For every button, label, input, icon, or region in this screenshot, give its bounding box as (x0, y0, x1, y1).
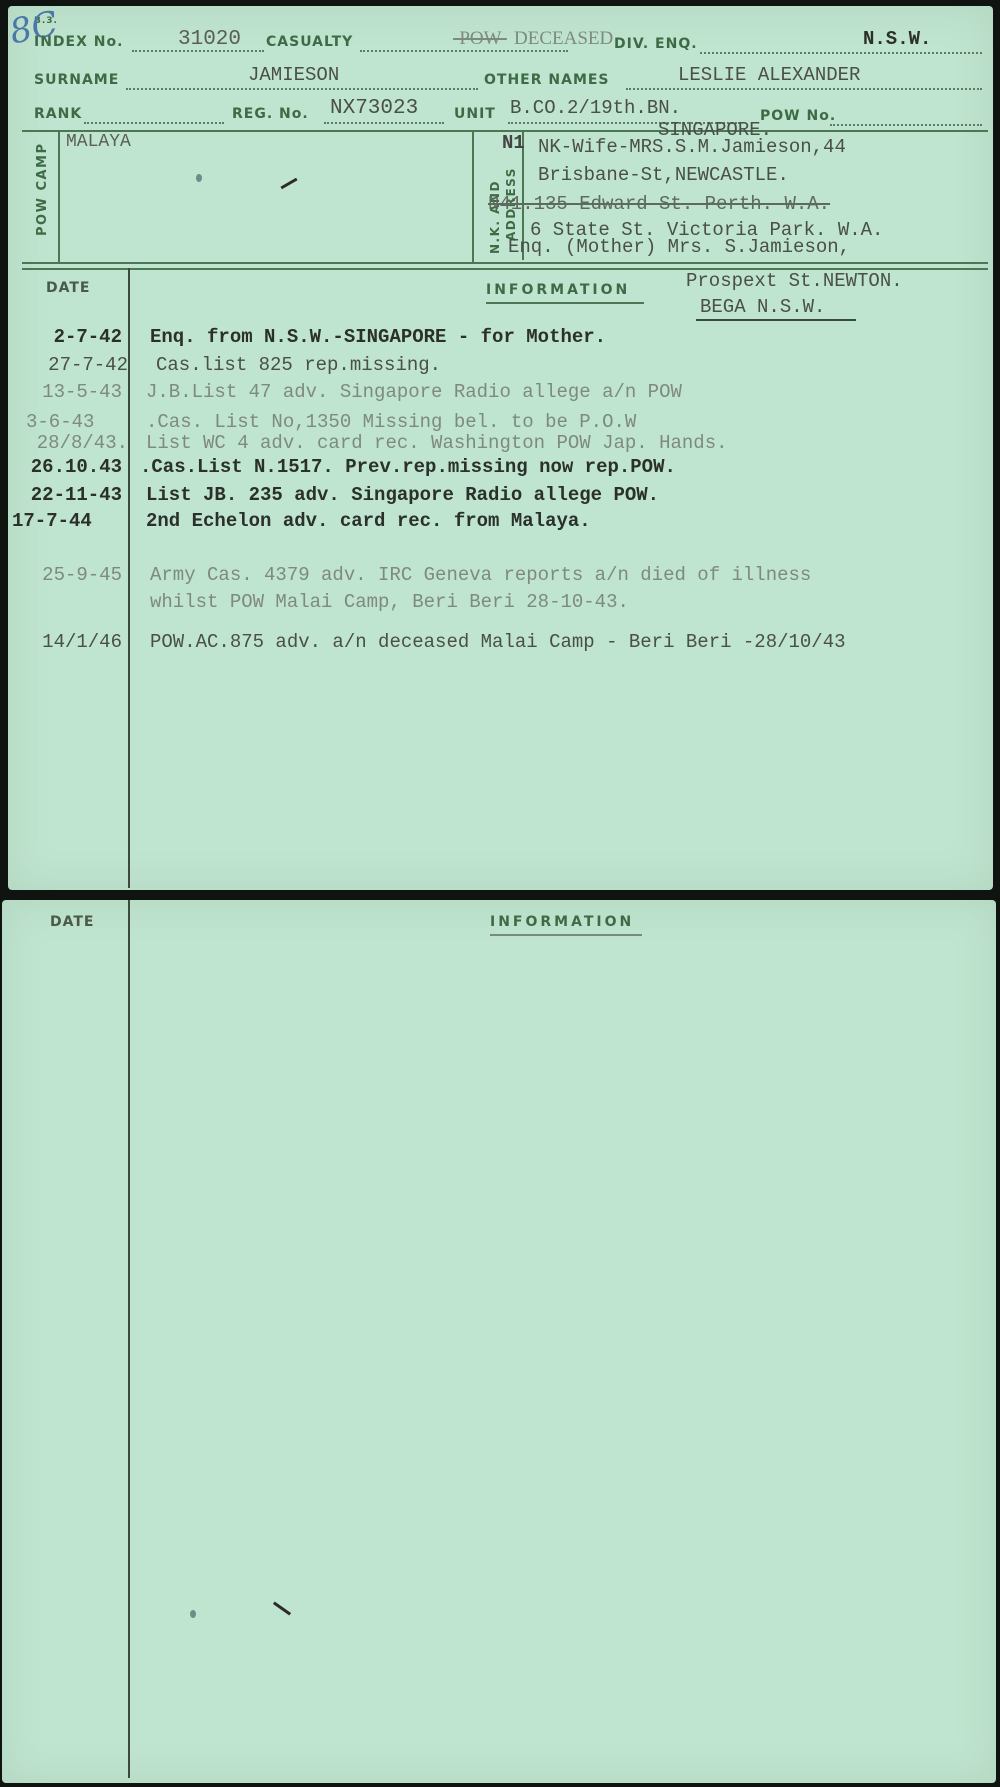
unit-value: B.CO.2/19th.BN. (510, 97, 681, 119)
row-date: 13-5-43 (8, 381, 122, 403)
row-date: 27-7-42 (14, 354, 128, 376)
row-date: 26.10.43 (8, 456, 122, 478)
back-date-header: DATE (50, 914, 94, 930)
casualty-value: DECEASED (514, 28, 613, 50)
nok-line-5: Enq. (Mother) Mrs. S.Jamieson, (508, 236, 850, 258)
row-info: 2nd Echelon adv. card rec. from Malaya. (146, 510, 591, 532)
row-date: 28/8/43. (14, 432, 128, 454)
row-date: 22-11-43 (8, 484, 122, 506)
nok-line-1: NK-Wife-MRS.S.M.Jamieson,44 (538, 136, 846, 158)
ink-spot (190, 1610, 196, 1618)
row-info: .Cas. List No,1350 Missing bel. to be P.… (146, 411, 636, 433)
row-date: 2-7-42 (8, 326, 122, 348)
record-card-back: DATE INFORMATION (2, 900, 996, 1783)
row-info: J.B.List 47 adv. Singapore Radio allege … (146, 381, 682, 403)
row-info: Enq. from N.S.W.-SINGAPORE - for Mother. (150, 326, 606, 348)
rank-label: RANK (34, 106, 82, 122)
pow-camp-label: POW CAMP (35, 142, 50, 236)
div-enq-label: DIV. ENQ. (614, 36, 698, 52)
index-label: INDEX No. (34, 34, 123, 50)
row-date: 25-9-45 (8, 564, 122, 586)
index-value: 31020 (178, 28, 241, 51)
other-names-label: OTHER NAMES (484, 72, 610, 88)
ink-spot (196, 174, 202, 182)
row-info: Army Cas. 4379 adv. IRC Geneva reports a… (150, 564, 811, 586)
nok-code: N1 (502, 132, 525, 154)
other-names-value: LESLIE ALEXANDER (678, 64, 860, 86)
ink-mark (273, 1602, 291, 1616)
nok-label-line1: N.K. AND (488, 180, 502, 254)
casualty-label: CASUALTY (266, 34, 353, 50)
casualty-struck-value: -POW- (453, 28, 507, 50)
row-date: 3-6-43 (26, 411, 94, 433)
row-info-continued: whilst POW Malai Camp, Beri Beri 28-10-4… (150, 591, 629, 613)
reg-no-label: REG. No. (232, 106, 309, 122)
row-date: 17-7-44 (12, 510, 92, 532)
row-info: List JB. 235 adv. Singapore Radio allege… (146, 484, 659, 506)
row-info: .Cas.List N.1517. Prev.rep.missing now r… (140, 456, 676, 478)
date-header: DATE (46, 280, 90, 296)
nok-line-6: Prospext St.NEWTON. (686, 270, 903, 292)
record-card-front: B.3. 8C INDEX No. 31020 CASUALTY -POW- D… (8, 6, 993, 890)
surname-value: JAMIESON (248, 64, 339, 86)
nok-line-7: BEGA N.S.W. (700, 296, 825, 318)
row-info: List WC 4 adv. card rec. Washington POW … (146, 432, 728, 454)
reg-no-value: NX73023 (330, 97, 418, 120)
ink-mark (280, 178, 297, 190)
information-header: INFORMATION (486, 282, 630, 298)
div-enq-value: N.S.W. (863, 28, 931, 50)
row-info: Cas.list 825 rep.missing. (156, 354, 441, 376)
surname-label: SURNAME (34, 72, 119, 88)
back-information-header: INFORMATION (490, 914, 634, 930)
unit-label: UNIT (454, 106, 496, 122)
row-info: POW.AC.875 adv. a/n deceased Malai Camp … (150, 631, 846, 653)
nok-line-3-struck: N41.135 Edward St. Perth. W.A. (488, 193, 830, 215)
nok-line-2: Brisbane-St,NEWCASTLE. (538, 164, 789, 186)
row-date: 14/1/46 (8, 631, 122, 653)
pow-camp-value: MALAYA (66, 132, 131, 152)
